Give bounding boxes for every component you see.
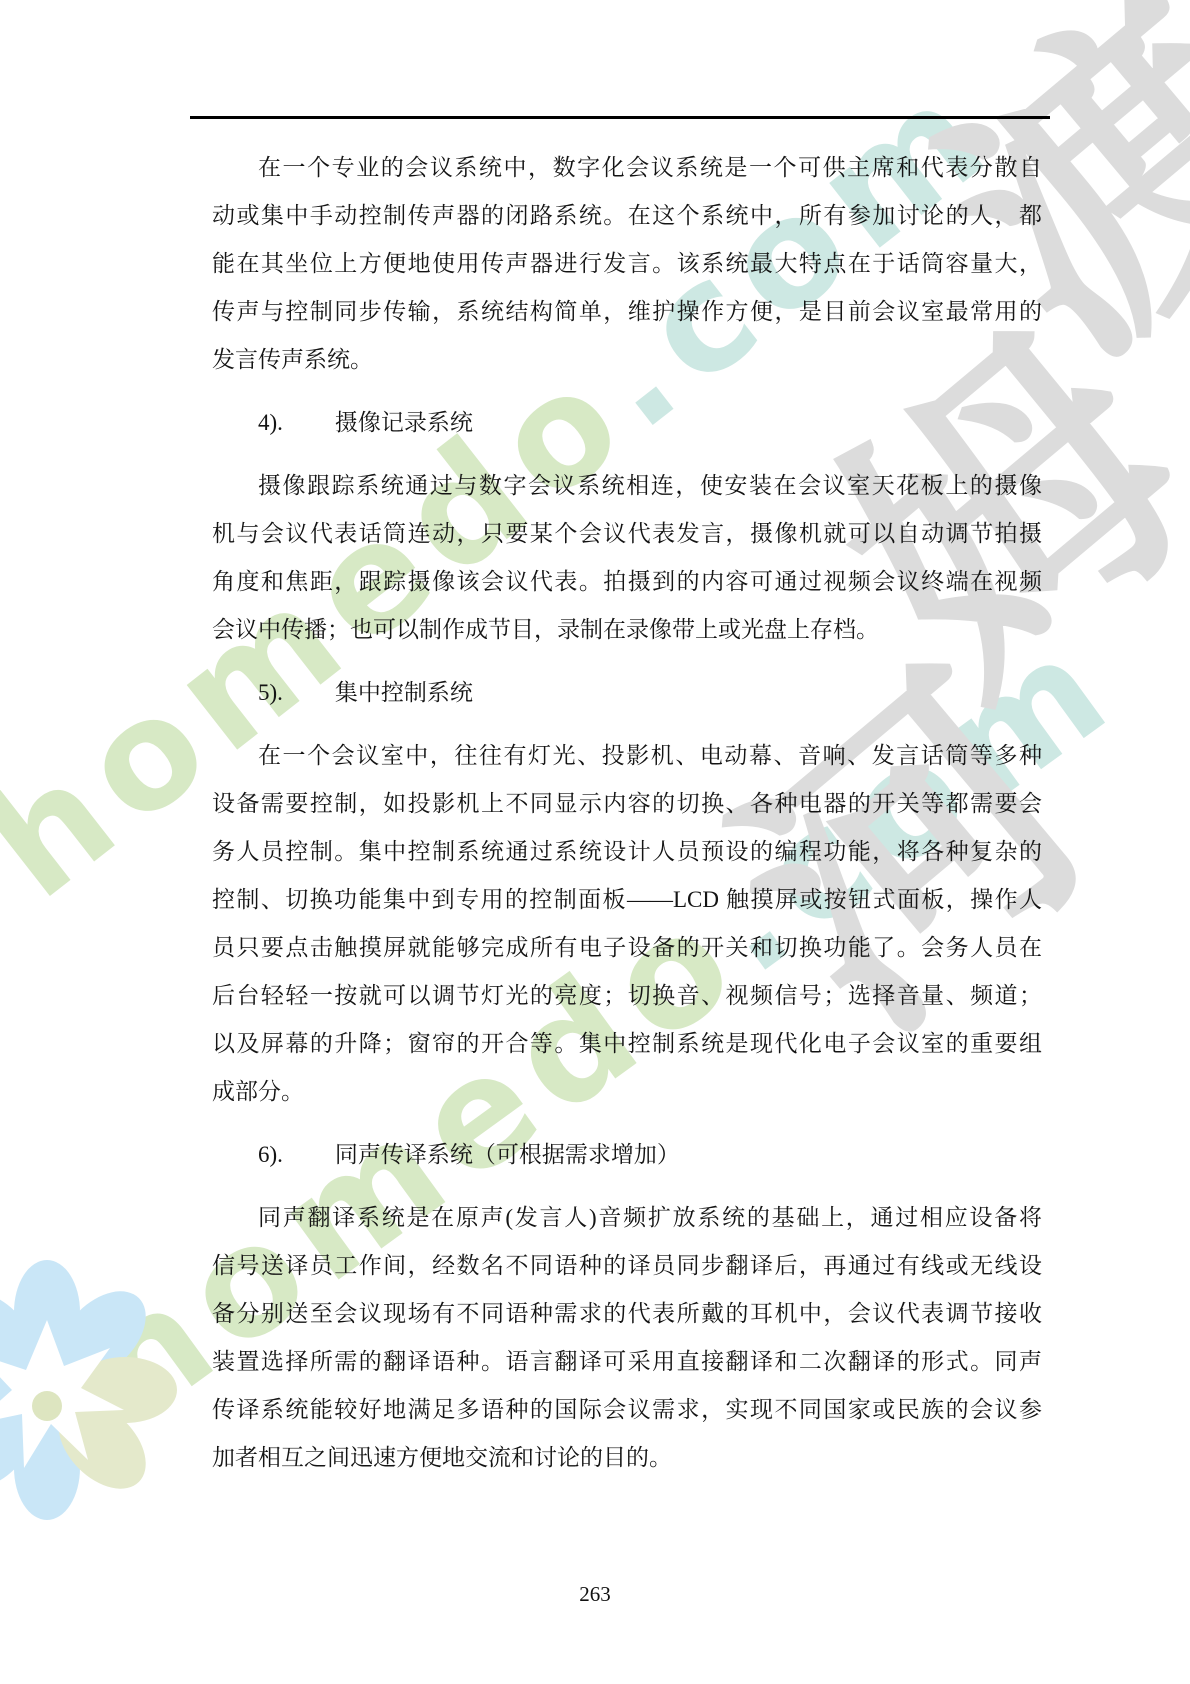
body-line: 传译系统能较好地满足多语种的国际会议需求，实现不同国家或民族的会议参	[212, 1386, 1042, 1434]
body-line: 会议中传播；也可以制作成节目，录制在录像带上或光盘上存档。	[212, 606, 1042, 654]
heading-number: 5).	[258, 680, 283, 705]
paragraph-central-control: 在一个会议室中，往往有灯光、投影机、电动幕、音响、发言话筒等多种 设备需要控制，…	[212, 732, 1042, 1116]
homedo-flower-icon	[0, 1248, 182, 1533]
section-heading-5: 5).集中控制系统	[212, 669, 1042, 717]
body-line: 加者相互之间迅速方便地交流和讨论的目的。	[212, 1434, 1042, 1482]
paragraph-camera-recording: 摄像跟踪系统通过与数字会议系统相连，使安装在会议室天花板上的摄像 机与会议代表话…	[212, 462, 1042, 654]
body-line: 动或集中手动控制传声器的闭路系统。在这个系统中，所有参加讨论的人，都	[212, 192, 1042, 240]
body-line: 后台轻轻一按就可以调节灯光的亮度；切换音、视频信号；选择音量、频道；	[212, 972, 1042, 1020]
body-line: 控制、切换功能集中到专用的控制面板——LCD 触摸屏或按钮式面板，操作人	[212, 876, 1042, 924]
body-line: 成部分。	[212, 1068, 1042, 1116]
page-content: 在一个专业的会议系统中，数字化会议系统是一个可供主席和代表分散自 动或集中手动控…	[212, 144, 1042, 1482]
body-line: 摄像跟踪系统通过与数字会议系统相连，使安装在会议室天花板上的摄像	[212, 462, 1042, 510]
heading-number: 4).	[258, 410, 283, 435]
body-line: 发言传声系统。	[212, 336, 1042, 384]
body-line: 信号送译员工作间，经数名不同语种的译员同步翻译后，再通过有线或无线设	[212, 1242, 1042, 1290]
body-line: 角度和焦距，跟踪摄像该会议代表。拍摄到的内容可通过视频会议终端在视频	[212, 558, 1042, 606]
body-line: 传声与控制同步传输，系统结构简单，维护操作方便，是目前会议室最常用的	[212, 288, 1042, 336]
body-line: 以及屏幕的升降；窗帘的开合等。集中控制系统是现代化电子会议室的重要组	[212, 1020, 1042, 1068]
heading-title: 同声传译系统（可根据需求增加）	[335, 1142, 680, 1167]
body-line: 务人员控制。集中控制系统通过系统设计人员预设的编程功能，将各种复杂的	[212, 828, 1042, 876]
body-line: 设备需要控制，如投影机上不同显示内容的切换、各种电器的开关等都需要会	[212, 780, 1042, 828]
heading-number: 6).	[258, 1142, 283, 1167]
header-rule	[190, 116, 1050, 119]
body-line: 能在其坐位上方便地使用传声器进行发言。该系统最大特点在于话筒容量大，	[212, 240, 1042, 288]
section-heading-4: 4).摄像记录系统	[212, 399, 1042, 447]
paragraph-digital-conference: 在一个专业的会议系统中，数字化会议系统是一个可供主席和代表分散自 动或集中手动控…	[212, 144, 1042, 384]
document-page: homedo.com homedo.com 河 姆 渡 在一个专业的会议系统	[0, 0, 1190, 1684]
body-line: 在一个会议室中，往往有灯光、投影机、电动幕、音响、发言话筒等多种	[212, 732, 1042, 780]
heading-title: 摄像记录系统	[335, 410, 473, 435]
body-line: 装置选择所需的翻译语种。语言翻译可采用直接翻译和二次翻译的形式。同声	[212, 1338, 1042, 1386]
page-number: 263	[0, 1582, 1190, 1607]
body-line: 机与会议代表话筒连动，只要某个会议代表发言，摄像机就可以自动调节拍摄	[212, 510, 1042, 558]
body-line: 员只要点击触摸屏就能够完成所有电子设备的开关和切换功能了。会务人员在	[212, 924, 1042, 972]
heading-title: 集中控制系统	[335, 680, 473, 705]
body-line: 同声翻译系统是在原声(发言人)音频扩放系统的基础上，通过相应设备将	[212, 1194, 1042, 1242]
body-line: 在一个专业的会议系统中，数字化会议系统是一个可供主席和代表分散自	[212, 144, 1042, 192]
body-line: 备分别送至会议现场有不同语种需求的代表所戴的耳机中，会议代表调节接收	[212, 1290, 1042, 1338]
section-heading-6: 6).同声传译系统（可根据需求增加）	[212, 1131, 1042, 1179]
paragraph-simultaneous-interpretation: 同声翻译系统是在原声(发言人)音频扩放系统的基础上，通过相应设备将 信号送译员工…	[212, 1194, 1042, 1482]
